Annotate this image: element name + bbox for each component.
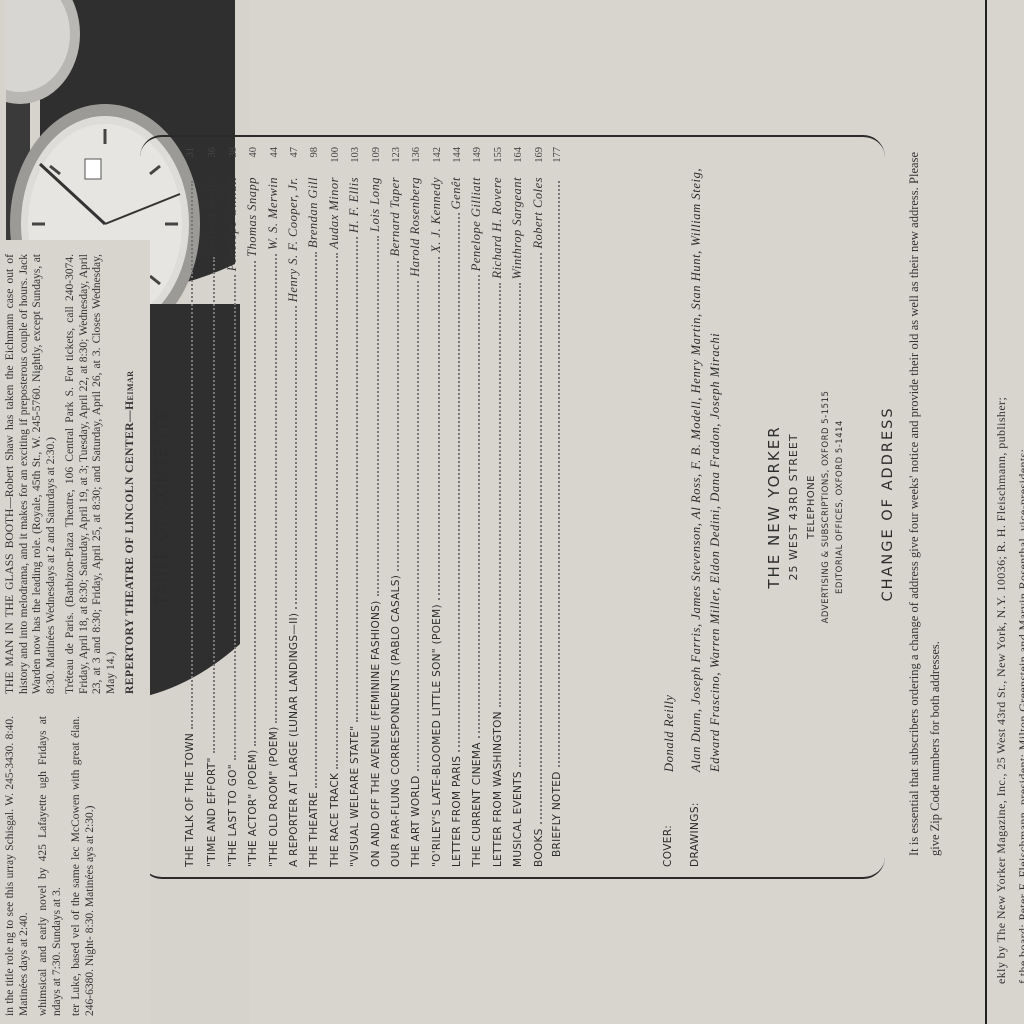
toc-page: 36 (207, 147, 218, 177)
toc-page: 40 (248, 147, 259, 177)
toc-author: W. S. Merwin (266, 177, 281, 250)
leader-dots (315, 252, 317, 788)
toc-author: Richard H. Rovere (490, 177, 505, 279)
toc-page: 109 (371, 147, 382, 177)
publisher-name: THE NEW YORKER (765, 137, 783, 877)
editorial-phone: EDITORIAL OFFICES, OXFORD 5-1414 (835, 137, 845, 877)
toc-author: Penelope Gilliatt (225, 177, 240, 271)
toc-author: X. J. Kennedy (429, 177, 444, 253)
toc-row[interactable]: THE CURRENT CINEMAPenelope Gilliatt149 (469, 147, 489, 867)
toc-page: 98 (309, 147, 320, 177)
toc-label: "THE ACTOR" (POEM) (247, 750, 259, 867)
toc-author: Gilbert Rogin (204, 177, 219, 253)
toc-row[interactable]: ON AND OFF THE AVENUE (FEMININE FASHIONS… (368, 147, 388, 867)
toc-label: LETTER FROM PARIS (451, 756, 463, 867)
toc-label: THE TALK OF THE TOWN (184, 733, 196, 867)
leader-dots (558, 181, 560, 767)
toc-label: OUR FAR-FLUNG CORRESPONDENTS (PABLO CASA… (390, 575, 402, 867)
toc-row[interactable]: "THE LAST TO GO"Penelope Gilliatt38 (225, 147, 245, 867)
toc-author: Audax Minor (327, 177, 342, 249)
toc-page: 47 (289, 147, 300, 177)
toc-row[interactable]: OUR FAR-FLUNG CORRESPONDENTS (PABLO CASA… (388, 147, 408, 867)
toc-label: THE THEATRE (308, 792, 320, 867)
toc-author: Brendan Gill (306, 177, 321, 248)
listing: ter Luke, based vel of the same lec McCo… (70, 716, 97, 1016)
toc-row[interactable]: LETTER FROM PARISGenêt144 (449, 147, 469, 867)
toc-page: 169 (534, 147, 545, 177)
footer-line: ekly by The New Yorker Magazine, Inc., 2… (987, 0, 1009, 1024)
toc-row[interactable]: "THE ACTOR" (POEM)Thomas Snapp40 (245, 147, 265, 867)
toc-row[interactable]: BOOKSRobert Coles169 (531, 147, 551, 867)
leader-dots (295, 306, 297, 609)
toc-row[interactable]: "VISUAL WELFARE STATE"H. F. Ellis103 (347, 147, 367, 867)
drawings-artists: Alan Dunn, Joseph Farris, James Stevenso… (687, 147, 725, 772)
leader-dots (417, 281, 419, 772)
magazine-photo: TABLE OF CONTENTS THE TALK OF THE TOWN31… (0, 0, 1024, 1024)
toc-author: Robert Coles (531, 177, 546, 249)
toc-author: Henry S. F. Cooper, Jr. (286, 177, 301, 302)
leader-dots (234, 275, 236, 760)
toc-label: LETTER FROM WASHINGTON (492, 711, 504, 867)
leader-dots (438, 257, 440, 600)
toc-title: TABLE OF CONTENTS (152, 137, 172, 877)
toc-author: Winthrop Sargeant (510, 177, 525, 279)
toc-row[interactable]: A REPORTER AT LARGE (LUNAR LANDINGS—II)H… (286, 147, 306, 867)
toc-author: Genêt (449, 177, 464, 209)
toc-label: BRIEFLY NOTED (551, 771, 563, 867)
leader-dots (397, 261, 399, 571)
leader-dots (377, 236, 379, 597)
masthead-footer: ekly by The New Yorker Magazine, Inc., 2… (985, 0, 1024, 1024)
change-of-address-title: CHANGE OF ADDRESS (880, 134, 896, 874)
change-of-address: CHANGE OF ADDRESS It is essential that s… (880, 134, 946, 874)
leader-dots (478, 275, 480, 738)
toc-row[interactable]: THE TALK OF THE TOWN31 (184, 147, 204, 867)
listing-heading: REPERTORY THEATRE OF LINCOLN CENTER—Heim… (124, 254, 138, 694)
listing: THE MAN IN THE GLASS BOOTH—Robert Shaw h… (4, 254, 58, 694)
drawings-credit: DRAWINGS: Alan Dunn, Joseph Farris, Jame… (687, 147, 725, 867)
listings-column-1: in the title role ng to see this urray S… (4, 716, 103, 1016)
toc-author: Harold Rosenberg (408, 177, 423, 277)
magazine-page: TABLE OF CONTENTS THE TALK OF THE TOWN31… (0, 0, 1024, 1024)
publisher-address: 25 WEST 43RD STREET (787, 137, 800, 877)
toc-page: 142 (432, 147, 443, 177)
toc-row[interactable]: BRIEFLY NOTED177 (551, 147, 571, 867)
leader-dots (519, 283, 521, 767)
toc-row[interactable]: MUSICAL EVENTSWinthrop Sargeant164 (510, 147, 530, 867)
toc-row[interactable]: THE ART WORLDHarold Rosenberg136 (408, 147, 428, 867)
toc-page: 123 (391, 147, 402, 177)
toc-page: 177 (552, 147, 563, 177)
toc-page: 100 (330, 147, 341, 177)
listing: whimsical and early novel by 425 Lafayet… (37, 716, 64, 1016)
toc-frame: TABLE OF CONTENTS THE TALK OF THE TOWN31… (140, 135, 885, 879)
leader-dots (458, 213, 460, 751)
toc-row[interactable]: "O'RILEY'S LATE-BLOOMED LITTLE SON" (POE… (429, 147, 449, 867)
toc-label: ON AND OFF THE AVENUE (FEMININE FASHIONS… (370, 600, 382, 867)
toc-page: 149 (472, 147, 483, 177)
cover-label: COVER: (660, 772, 679, 867)
toc-label: BOOKS (533, 828, 545, 867)
toc-author: Lois Long (368, 177, 383, 232)
toc-label: MUSICAL EVENTS (512, 771, 524, 867)
listing: in the title role ng to see this urray S… (4, 716, 31, 1016)
toc-page: 44 (269, 147, 280, 177)
toc-row[interactable]: THE THEATREBrendan Gill98 (306, 147, 326, 867)
toc-page: 164 (513, 147, 524, 177)
toc-page: 136 (411, 147, 422, 177)
toc-row[interactable]: "TIME AND EFFORT"Gilbert Rogin36 (204, 147, 224, 867)
toc-label: "TIME AND EFFORT" (206, 757, 218, 867)
advertising-phone: ADVERTISING & SUBSCRIPTIONS, OXFORD 5-15… (821, 137, 831, 877)
toc-label: "VISUAL WELFARE STATE" (349, 726, 361, 867)
publisher-block: THE NEW YORKER 25 WEST 43RD STREET TELEP… (765, 137, 845, 877)
toc-page: 103 (350, 147, 361, 177)
toc-row[interactable]: "THE OLD ROOM" (POEM)W. S. Merwin44 (266, 147, 286, 867)
leader-dots (499, 283, 501, 708)
toc-label: "THE OLD ROOM" (POEM) (268, 727, 280, 867)
telephone-label: TELEPHONE (806, 137, 817, 877)
leader-dots (213, 257, 215, 754)
cover-artist: Donald Reilly (660, 147, 679, 772)
toc-label: THE ART WORLD (410, 775, 422, 867)
cover-credit: COVER: Donald Reilly (660, 147, 679, 867)
toc-page: 155 (493, 147, 504, 177)
toc-row[interactable]: LETTER FROM WASHINGTONRichard H. Rovere1… (490, 147, 510, 867)
toc-label: "O'RILEY'S LATE-BLOOMED LITTLE SON" (POE… (431, 604, 443, 867)
leader-dots (254, 261, 256, 746)
toc-author: Bernard Taper (388, 177, 403, 257)
toc-label: "THE LAST TO GO" (227, 764, 239, 867)
credits: COVER: Donald Reilly DRAWINGS: Alan Dunn… (660, 147, 733, 867)
toc-row[interactable]: THE RACE TRACKAudax Minor100 (327, 147, 347, 867)
leader-dots (356, 237, 358, 722)
listings-column-2: THE MAN IN THE GLASS BOOTH—Robert Shaw h… (4, 254, 144, 694)
drawings-label: DRAWINGS: (687, 772, 725, 867)
toc-author: H. F. Ellis (347, 177, 362, 233)
toc-label: THE RACE TRACK (329, 773, 341, 867)
toc-author: Thomas Snapp (245, 177, 260, 257)
footer-line: f the board; Peter F. Fleischmann, presi… (1009, 0, 1024, 1024)
toc-list: THE TALK OF THE TOWN31 "TIME AND EFFORT"… (184, 147, 571, 867)
change-of-address-body: It is essential that subscribers orderin… (904, 134, 946, 874)
toc-page: 144 (452, 147, 463, 177)
toc-label: THE CURRENT CINEMA (471, 742, 483, 867)
toc-author: Penelope Gilliatt (469, 177, 484, 271)
leader-dots (540, 253, 542, 825)
toc-page: 31 (185, 147, 196, 177)
leader-dots (336, 253, 338, 769)
listing: Tréteau de Paris. (Barbizon-Plaza Theatr… (64, 254, 118, 694)
leader-dots (275, 254, 277, 723)
leader-dots (191, 181, 193, 729)
listings-strip: in the title role ng to see this urray S… (0, 240, 150, 1024)
toc-label: A REPORTER AT LARGE (LUNAR LANDINGS—II) (288, 613, 300, 867)
toc-page: 38 (228, 147, 239, 177)
